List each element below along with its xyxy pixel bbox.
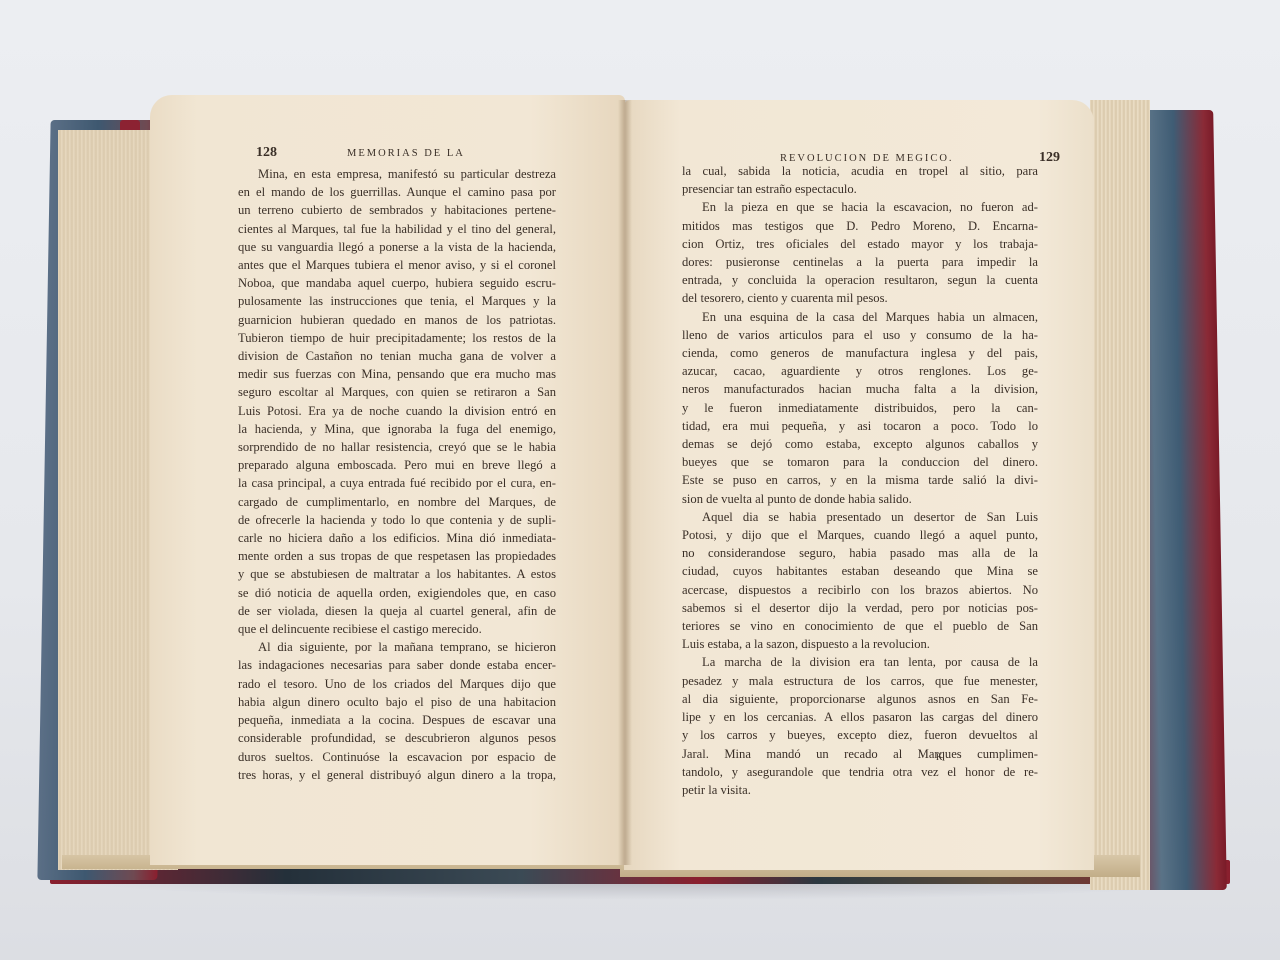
text-line: un terreno cubierto de sembrados y habit… xyxy=(238,201,556,219)
text-line: neros manufacturados hacian mucha falta … xyxy=(682,380,1038,398)
page-stack-right xyxy=(1090,100,1150,890)
text-line: cargado de cumplimentarlo, en nombre del… xyxy=(238,493,556,511)
text-line: Tubieron tiempo de huir precipitadamente… xyxy=(238,329,556,347)
text-line: guarnicion hubieran quedado en manos de … xyxy=(238,311,556,329)
page-number: 128 xyxy=(256,145,277,161)
text-line: de ofrecerle la hacienda y todo lo que c… xyxy=(238,511,556,529)
text-line: preparado alguna emboscada. Pero mui en … xyxy=(238,456,556,474)
right-page-body: la cual, sabida la noticia, acudia en tr… xyxy=(682,162,1038,799)
text-line: dores: pusieronse centinelas a la puerta… xyxy=(682,253,1038,271)
text-line: y los carros y bueyes, excepto diez, fue… xyxy=(682,726,1038,744)
text-line: cienda, como generos de manufactura ingl… xyxy=(682,344,1038,362)
right-page: REVOLUCION DE MEGICO. 129 la cual, sabid… xyxy=(624,100,1094,870)
text-line: la casa principal, a cuya entrada fué re… xyxy=(238,474,556,492)
text-line: Este se puso en carros, y en la misma ta… xyxy=(682,471,1038,489)
text-line: division de Castañon no tenian mucha gan… xyxy=(238,347,556,365)
text-line: tres horas, y el general distribuyó algu… xyxy=(238,766,556,784)
text-line: la cual, sabida la noticia, acudia en tr… xyxy=(682,162,1038,180)
running-head: MEMORIAS DE LA xyxy=(347,148,465,159)
text-line: no considerandose seguro, habia pasado m… xyxy=(682,544,1038,562)
text-line: Luis estaba, a la sazon, dispuesto a la … xyxy=(682,635,1038,653)
text-line: se dió noticia de aquella orden, exigien… xyxy=(238,584,556,602)
text-line: Potosi, y dijo que el Marques, cuando ll… xyxy=(682,526,1038,544)
text-line: cientes al Marques, tal fue la habilidad… xyxy=(238,220,556,238)
text-line: antes que el Marques tubiera el menor av… xyxy=(238,256,556,274)
page-number: 129 xyxy=(1039,150,1060,166)
text-line: de ser violada, diesen la queja al cuart… xyxy=(238,602,556,620)
text-line: y que se abstubiesen de maltratar a los … xyxy=(238,565,556,583)
text-line: Al dia siguiente, por la mañana temprano… xyxy=(238,638,556,656)
text-line: mitidos mas testigos que D. Pedro Moreno… xyxy=(682,217,1038,235)
text-line: azucar, cacao, aguardiente y otros rengl… xyxy=(682,362,1038,380)
text-line: al dia siguiente, proporcionarse algunos… xyxy=(682,690,1038,708)
text-line: que el delincuente recibiese el castigo … xyxy=(238,620,556,638)
text-line: habia algun dinero oculto bajo el piso d… xyxy=(238,693,556,711)
text-line: lipe y en los cercanias. A ellos pasaron… xyxy=(682,708,1038,726)
text-line: Mina, en esta empresa, manifestó su part… xyxy=(238,165,556,183)
text-line: considerable profundidad, se descubriero… xyxy=(238,729,556,747)
text-line: bueyes que se tomaron para la conduccion… xyxy=(682,453,1038,471)
book-gutter xyxy=(618,100,632,865)
text-line: sabemos si el desertor dijo la verdad, p… xyxy=(682,599,1038,617)
text-line: acercase, dispuestos a recibirlo con los… xyxy=(682,581,1038,599)
text-line: En una esquina de la casa del Marques ha… xyxy=(682,308,1038,326)
text-line: pulosamente las instrucciones que tenia,… xyxy=(238,292,556,310)
text-line: sion de vuelta al punto de donde habia s… xyxy=(682,490,1038,508)
text-line: cion Ortiz, tres oficiales del estado ma… xyxy=(682,235,1038,253)
text-line: que su vanguardia llegó a ponerse a la v… xyxy=(238,238,556,256)
text-line: sorprendido de no hallar resistencia, cr… xyxy=(238,438,556,456)
text-line: En la pieza en que se hacia la escavacio… xyxy=(682,198,1038,216)
text-line: presenciar tan estraño espectaculo. xyxy=(682,180,1038,198)
text-line: lleno de varios articulos para el uso y … xyxy=(682,326,1038,344)
signature-mark: K xyxy=(936,752,944,762)
text-line: entrada, y concluida la operacion result… xyxy=(682,271,1038,289)
text-line: en el mando de los guerrillas. Aunque el… xyxy=(238,183,556,201)
text-line: teriores se vino en conocimiento de que … xyxy=(682,617,1038,635)
text-line: mente orden a sus tropas de que respetas… xyxy=(238,547,556,565)
text-line: tandolo, y asegurandole que tendria otra… xyxy=(682,763,1038,781)
text-line: petir la visita. xyxy=(682,781,1038,799)
text-line: del tesorero, ciento y cuarenta mil peso… xyxy=(682,289,1038,307)
text-line: medir sus fuerzas con Mina, pensando que… xyxy=(238,365,556,383)
text-line: pequeña, inmediata a la cocina. Despues … xyxy=(238,711,556,729)
text-line: seguro escoltar al Marques, con quien se… xyxy=(238,383,556,401)
left-page-body: Mina, en esta empresa, manifestó su part… xyxy=(238,165,556,784)
text-line: carle no hiciera daño a los edificios. M… xyxy=(238,529,556,547)
text-line: la hacienda, y Mina, que ignoraba la fug… xyxy=(238,420,556,438)
text-line: Aquel dia se habia presentado un deserto… xyxy=(682,508,1038,526)
left-page: 128 MEMORIAS DE LA Mina, en esta empresa… xyxy=(150,95,625,865)
text-line: rado el tesoro. Uno de los criados del M… xyxy=(238,675,556,693)
text-line: pesadez y mala estructura de los carros,… xyxy=(682,672,1038,690)
text-line: ciudad, cuyos habitantes estaban deseand… xyxy=(682,562,1038,580)
left-page-header: 128 MEMORIAS DE LA xyxy=(256,145,626,161)
text-line: y le fueron inmediatamente distribuidos,… xyxy=(682,399,1038,417)
text-line: demas se dejó como estaba, excepto algun… xyxy=(682,435,1038,453)
text-line: duros sueltos. Continuóse la escavacion … xyxy=(238,748,556,766)
text-line: las indagaciones necesarias para saber d… xyxy=(238,656,556,674)
text-line: Luis Potosi. Era ya de noche cuando la d… xyxy=(238,402,556,420)
text-line: tidad, era mui pequeña, y asi tocaron a … xyxy=(682,417,1038,435)
text-line: Jaral. Mina mandó un recado al Marques c… xyxy=(682,745,1038,763)
text-line: La marcha de la division era tan lenta, … xyxy=(682,653,1038,671)
text-line: Noboa, que mandaba aquel cuerpo, hubiera… xyxy=(238,274,556,292)
